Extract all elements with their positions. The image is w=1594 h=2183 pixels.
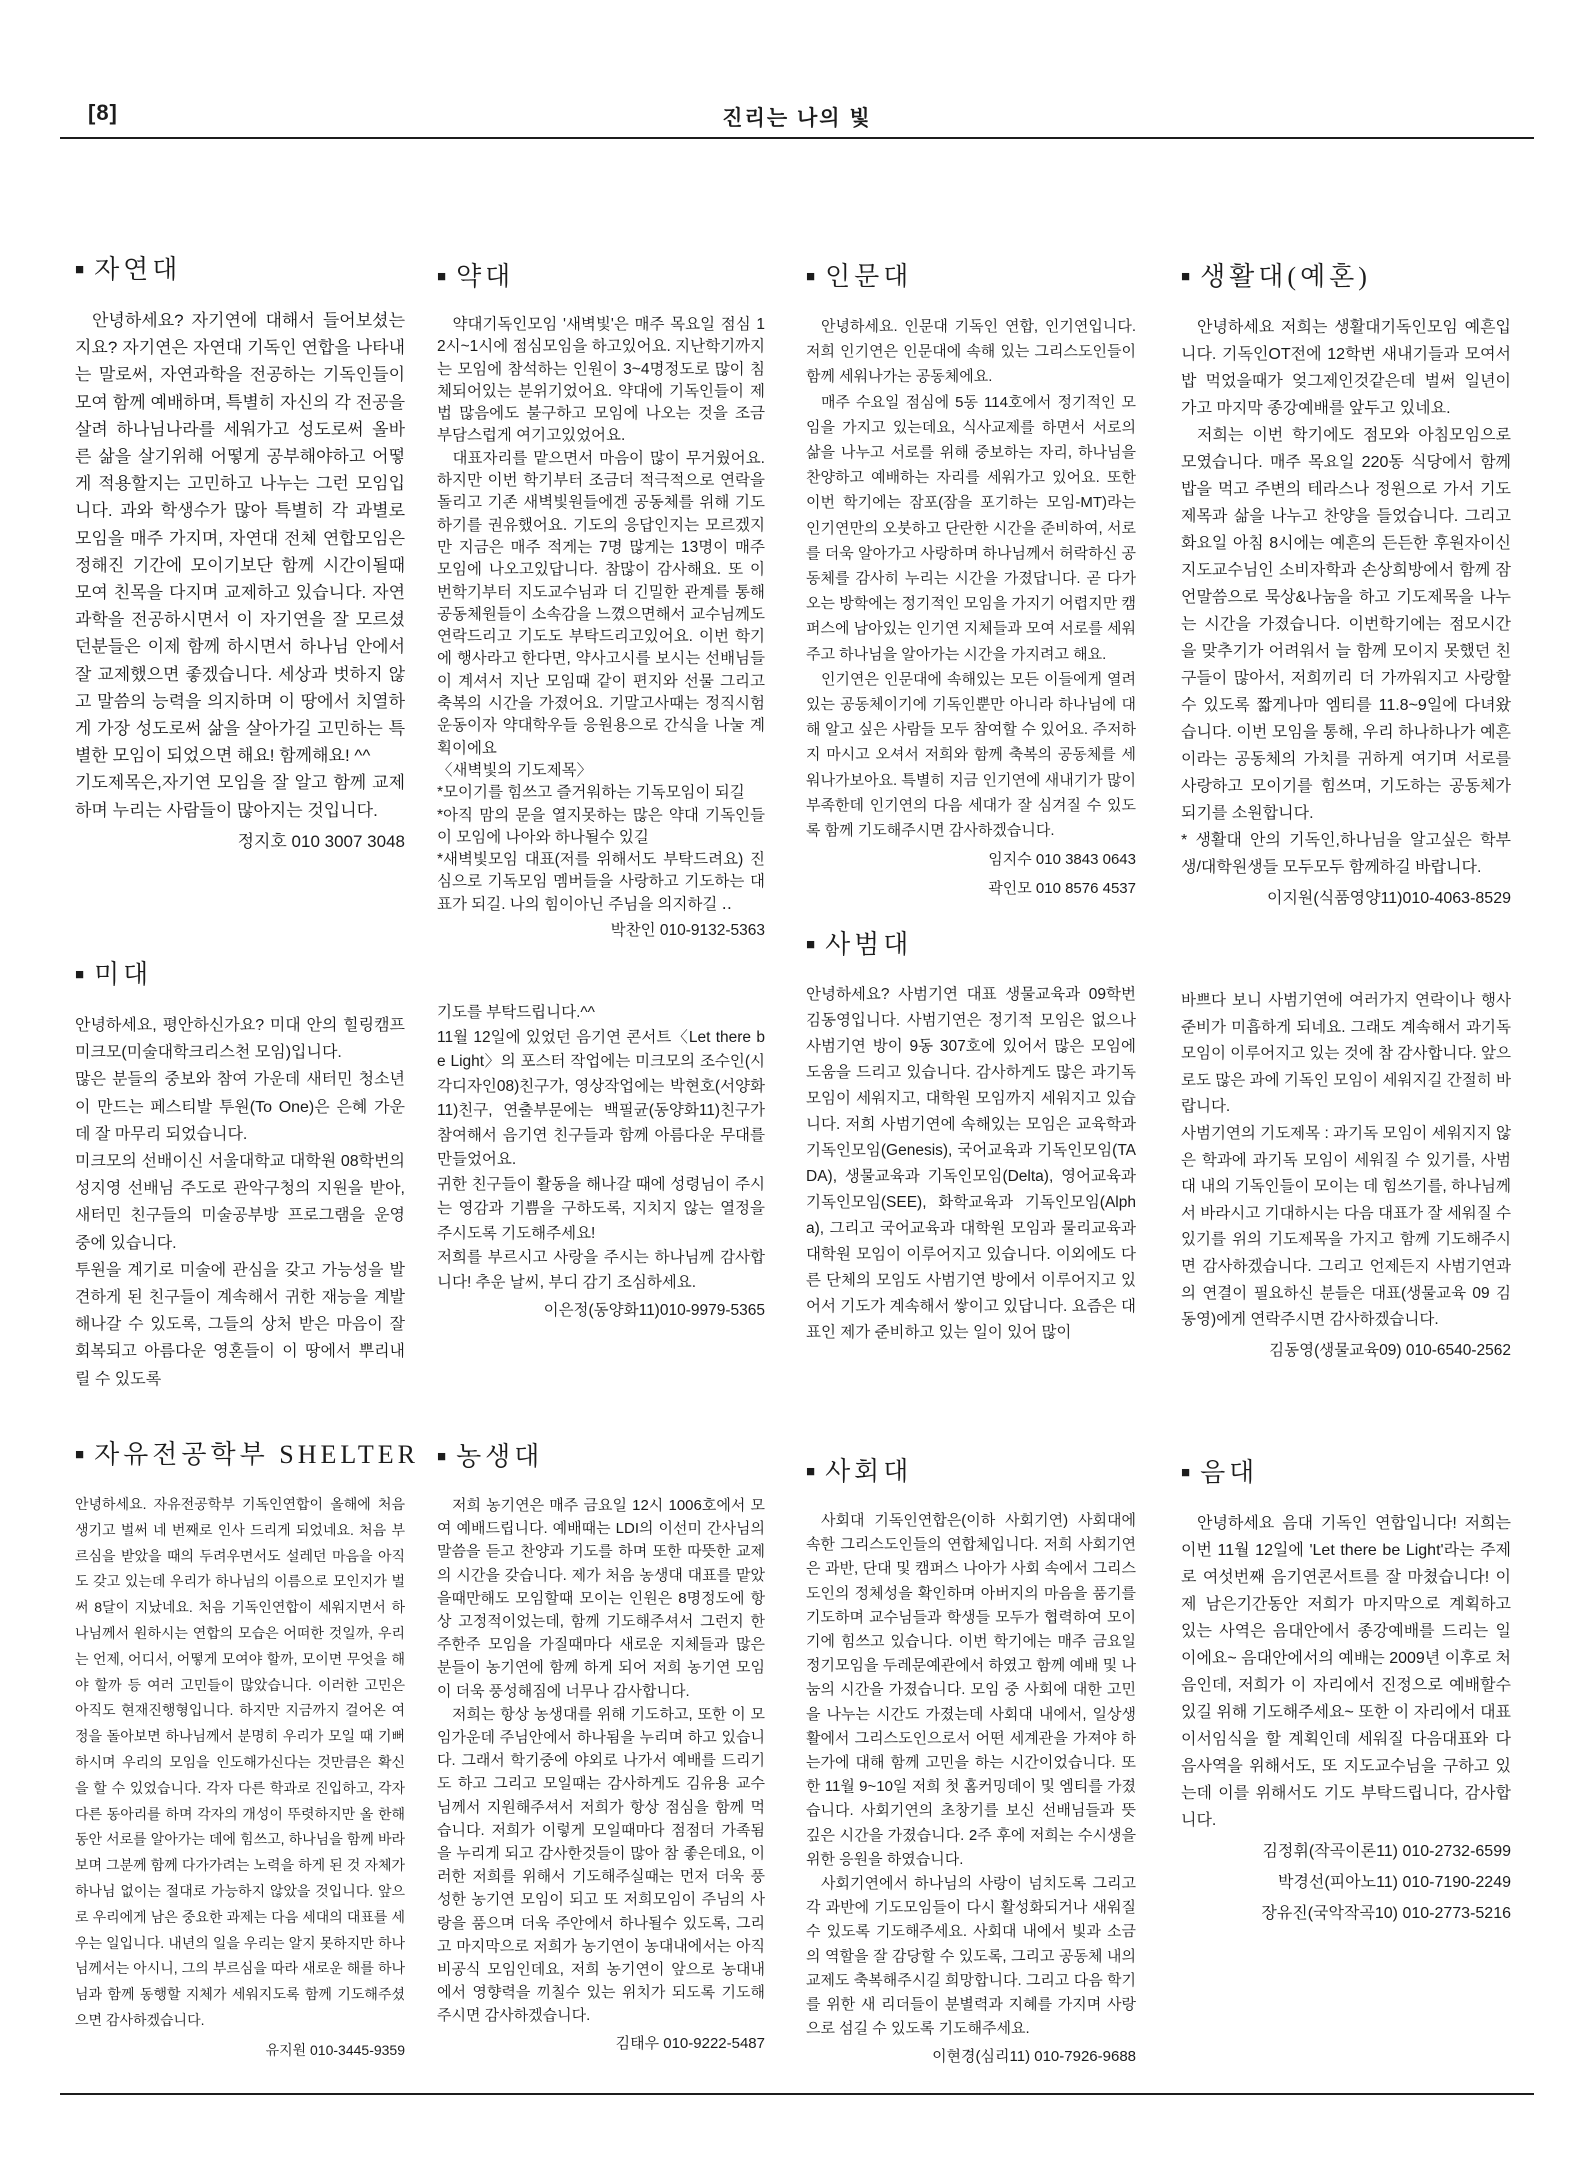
paragraph: 안녕하세요 음대 기독인 연합입니다! 저희는 이번 11월 12일에 'Let… bbox=[1181, 1510, 1511, 1834]
section-heading-pharmacy: ■약대 bbox=[437, 260, 765, 298]
paragraph: 사회대 기독인연합은(이하 사회기연) 사회대에 속한 그리스도인들의 연합체입… bbox=[806, 1509, 1136, 1872]
paragraph: * 생활대 안의 기독인,하나님을 알고싶은 학부생/대학원생들 모두모두 함께… bbox=[1181, 827, 1511, 881]
paragraph: 미크모의 선배이신 서울대학교 대학원 08학번의 성지영 선배님 주도로 관악… bbox=[75, 1148, 405, 1257]
section-fine-arts-continued: 기도를 부탁드립니다.^^11월 12일에 있었던 음기연 콘서트〈Let th… bbox=[437, 1001, 765, 1324]
square-bullet-icon: ■ bbox=[806, 269, 815, 285]
paragraph: 저희는 이번 학기에도 점모와 아침모임으로 모였습니다. 매주 목요일 220… bbox=[1181, 422, 1511, 827]
section-heading-education: ■사범대 bbox=[806, 928, 1136, 966]
footer-divider bbox=[60, 2093, 1534, 2095]
section-heading-text: 자유전공학부 SHELTER bbox=[94, 1440, 419, 1469]
square-bullet-icon: ■ bbox=[1181, 269, 1190, 285]
paragraph: 사범기연의 기도제목 : 과기독 모임이 세워지지 않은 학과에 과기독 모임이… bbox=[1181, 1121, 1511, 1334]
paragraph: 사회기연에서 하나님의 사랑이 넘치도록 그리고 각 과반에 기도모임들이 다시… bbox=[806, 1872, 1136, 2041]
section-heading-text: 사회대 bbox=[825, 1457, 912, 1486]
section-natural-sciences: ■자연대안녕하세요? 자기연에 대해서 들어보셨는지요? 자기연은 자연대 기독… bbox=[75, 253, 405, 855]
section-heading-text: 생활대(예혼) bbox=[1200, 262, 1371, 291]
signature: 유지원 010-3445-9359 bbox=[75, 2038, 405, 2064]
section-heading-agriculture: ■농생대 bbox=[437, 1440, 765, 1478]
signature: 임지수 010 3843 0643 bbox=[806, 847, 1136, 872]
square-bullet-icon: ■ bbox=[75, 967, 84, 983]
section-shelter: ■자유전공학부 SHELTER안녕하세요. 자유전공학부 기독인연합이 올해에 … bbox=[75, 1438, 405, 2064]
section-heading-text: 음대 bbox=[1200, 1458, 1258, 1487]
signature: 정지호 010 3007 3048 bbox=[75, 828, 405, 855]
paragraph: *모이기를 힘쓰고 즐거워하는 기독모임이 되길 bbox=[437, 782, 765, 804]
section-fine-arts: ■미대안녕하세요, 평안하신가요? 미대 안의 힐링캠프 미크모(미술대학크리스… bbox=[75, 958, 405, 1393]
square-bullet-icon: ■ bbox=[806, 937, 815, 953]
signature: 김정휘(작곡이론11) 010-2732-6599 bbox=[1181, 1838, 1511, 1865]
section-heading-text: 농생대 bbox=[456, 1442, 543, 1471]
section-heading-natural-sciences: ■자연대 bbox=[75, 253, 405, 291]
paragraph: 안녕하세요 저희는 생활대기독인모임 예흔입니다. 기독인OT전에 12학번 새… bbox=[1181, 314, 1511, 422]
section-human-ecology: ■생활대(예혼)안녕하세요 저희는 생활대기독인모임 예흔입니다. 기독인OT전… bbox=[1181, 260, 1511, 912]
signature: 이은정(동양화11)010-9979-5365 bbox=[437, 1299, 765, 1324]
section-agriculture: ■농생대저희 농기연은 매주 금요일 12시 1006호에서 모여 예배드립니다… bbox=[437, 1440, 765, 2055]
square-bullet-icon: ■ bbox=[806, 1464, 815, 1480]
signature: 박찬인 010-9132-5363 bbox=[437, 920, 765, 942]
newsletter-page: [8] 진리는 나의 빛 ■자연대안녕하세요? 자기연에 대해서 들어보셨는지요… bbox=[0, 0, 1594, 2183]
column-3: ■인문대안녕하세요. 인문대 기독인 연합, 인기연입니다. 저희 인기연은 인… bbox=[806, 0, 1136, 2183]
paragraph: 11월 12일에 있었던 음기연 콘서트〈Let there be Light〉… bbox=[437, 1026, 765, 1173]
section-heading-text: 사범대 bbox=[825, 930, 912, 959]
section-music: ■음대안녕하세요 음대 기독인 연합입니다! 저희는 이번 11월 12일에 '… bbox=[1181, 1456, 1511, 1927]
paragraph: 저희 농기연은 매주 금요일 12시 1006호에서 모여 예배드립니다. 예배… bbox=[437, 1494, 765, 1703]
paragraph: 매주 수요일 점심에 5동 114호에서 정기적인 모임을 가지고 있는데요, … bbox=[806, 390, 1136, 667]
square-bullet-icon: ■ bbox=[75, 262, 84, 278]
signature: 곽인모 010 8576 4537 bbox=[806, 876, 1136, 901]
paragraph: 안녕하세요? 사범기연 대표 생물교육과 09학번 김동영입니다. 사범기연은 … bbox=[806, 982, 1136, 1346]
paragraph: *새벽빛모임 대표(저를 위해서도 부탁드려요) 진심으로 기독모임 멤버들을 … bbox=[437, 849, 765, 916]
signature: 이현경(심리11) 010-7926-9688 bbox=[806, 2045, 1136, 2069]
square-bullet-icon: ■ bbox=[75, 1447, 84, 1463]
signature: 이지원(식품영양11)010-4063-8529 bbox=[1181, 885, 1511, 912]
section-heading-human-ecology: ■생활대(예혼) bbox=[1181, 260, 1511, 298]
section-heading-shelter: ■자유전공학부 SHELTER bbox=[75, 1438, 405, 1476]
column-4: ■생활대(예혼)안녕하세요 저희는 생활대기독인모임 예흔입니다. 기독인OT전… bbox=[1181, 0, 1511, 2183]
paragraph: 저희를 부르시고 사랑을 주시는 하나님께 감사합니다! 추운 날씨, 부디 감… bbox=[437, 1246, 765, 1295]
section-heading-text: 자연대 bbox=[94, 255, 181, 284]
section-heading-social-sciences: ■사회대 bbox=[806, 1455, 1136, 1493]
square-bullet-icon: ■ bbox=[437, 269, 446, 285]
column-1: ■자연대안녕하세요? 자기연에 대해서 들어보셨는지요? 자기연은 자연대 기독… bbox=[75, 0, 405, 2183]
section-pharmacy: ■약대약대기독인모임 '새벽빛'은 매주 목요일 점심 12시~1시에 점심모임… bbox=[437, 260, 765, 942]
section-heading-text: 미대 bbox=[94, 960, 152, 989]
paragraph: 〈새벽빛의 기도제목〉 bbox=[437, 760, 765, 782]
section-heading-music: ■음대 bbox=[1181, 1456, 1511, 1494]
paragraph: 안녕하세요. 자유전공학부 기독인연합이 올해에 처음 생기고 벌써 네 번째로… bbox=[75, 1492, 405, 2034]
paragraph: 대표자리를 맡으면서 마음이 많이 무거웠어요. 하지만 이번 학기부터 조금더… bbox=[437, 448, 765, 760]
signature: 김태우 010-9222-5487 bbox=[437, 2032, 765, 2055]
paragraph: 안녕하세요. 인문대 기독인 연합, 인기연입니다. 저희 인기연은 인문대에 … bbox=[806, 314, 1136, 390]
paragraph: 기도를 부탁드립니다.^^ bbox=[437, 1001, 765, 1026]
signature: 박경선(피아노11) 010-7190-2249 bbox=[1181, 1869, 1511, 1896]
paragraph: 저희는 항상 농생대를 위해 기도하고, 또한 이 모임가운데 주님안에서 하나… bbox=[437, 1703, 765, 2028]
section-heading-text: 인문대 bbox=[825, 262, 912, 291]
paragraph: 안녕하세요, 평안하신가요? 미대 안의 힐링캠프 미크모(미술대학크리스천 모… bbox=[75, 1012, 405, 1066]
paragraph: *아직 맘의 문을 열지못하는 많은 약대 기독인들이 모임에 나아와 하나될수… bbox=[437, 805, 765, 850]
section-heading-humanities: ■인문대 bbox=[806, 260, 1136, 298]
paragraph: 투원을 계기로 미술에 관심을 갖고 가능성을 발견하게 된 친구들이 계속해서… bbox=[75, 1257, 405, 1393]
square-bullet-icon: ■ bbox=[437, 1449, 446, 1465]
paragraph: 인기연은 인문대에 속해있는 모든 이들에게 열려있는 공동체이기에 기독인뿐만… bbox=[806, 667, 1136, 843]
column-2: ■약대약대기독인모임 '새벽빛'은 매주 목요일 점심 12시~1시에 점심모임… bbox=[437, 0, 765, 2183]
section-heading-text: 약대 bbox=[456, 262, 514, 291]
square-bullet-icon: ■ bbox=[1181, 1465, 1190, 1481]
paragraph: 안녕하세요? 자기연에 대해서 들어보셨는지요? 자기연은 자연대 기독인 연합… bbox=[75, 307, 405, 769]
paragraph: 많은 분들의 중보와 참여 가운데 새터민 청소년이 만드는 페스티발 투원(T… bbox=[75, 1066, 405, 1148]
section-heading-fine-arts: ■미대 bbox=[75, 958, 405, 996]
paragraph: 바쁘다 보니 사범기연에 여러가지 연락이나 행사준비가 미흡하게 되네요. 그… bbox=[1181, 988, 1511, 1121]
section-education: ■사범대안녕하세요? 사범기연 대표 생물교육과 09학번 김동영입니다. 사범… bbox=[806, 928, 1136, 1346]
paragraph: 기도제목은,자기연 모임을 잘 알고 함께 교제하며 누리는 사람들이 많아지는… bbox=[75, 769, 405, 823]
signature: 김동영(생물교육09) 010-6540-2562 bbox=[1181, 1338, 1511, 1365]
section-social-sciences: ■사회대사회대 기독인연합은(이하 사회기연) 사회대에 속한 그리스도인들의 … bbox=[806, 1455, 1136, 2070]
paragraph: 약대기독인모임 '새벽빛'은 매주 목요일 점심 12시~1시에 점심모임을 하… bbox=[437, 314, 765, 448]
paragraph: 귀한 친구들이 활동을 해나갈 때에 성령님이 주시는 영감과 기쁨을 구하도록… bbox=[437, 1173, 765, 1247]
section-education-continued: 바쁘다 보니 사범기연에 여러가지 연락이나 행사준비가 미흡하게 되네요. 그… bbox=[1181, 988, 1511, 1364]
section-humanities: ■인문대안녕하세요. 인문대 기독인 연합, 인기연입니다. 저희 인기연은 인… bbox=[806, 260, 1136, 902]
signature: 장유진(국악작곡10) 010-2773-5216 bbox=[1181, 1900, 1511, 1927]
